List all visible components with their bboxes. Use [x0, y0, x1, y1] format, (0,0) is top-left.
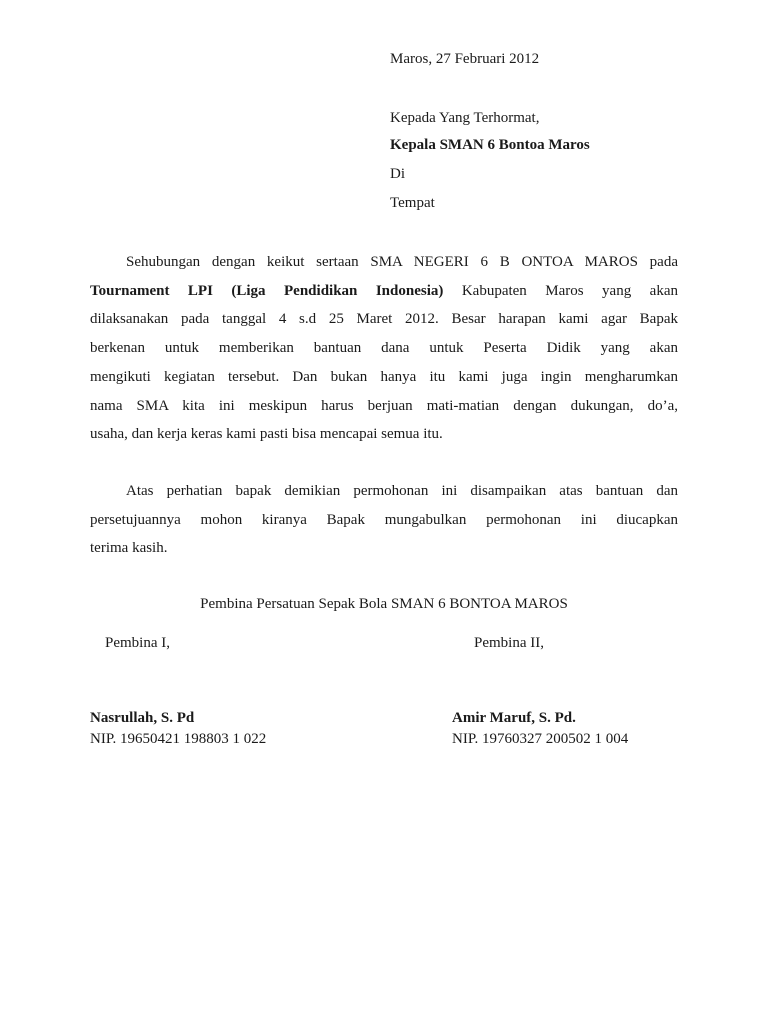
recipient-place: Tempat: [390, 195, 435, 212]
text: Kabupaten Maros yang akan: [443, 283, 678, 299]
paragraph-line: Tournament LPI (Liga Pendidikan Indonesi…: [90, 277, 678, 306]
text: dilaksanakan pada tanggal 4 s.d 25 Maret…: [90, 311, 678, 327]
paragraph-line: nama SMA kita ini meskipun harus berjuan…: [90, 392, 678, 421]
paragraph-line: Sehubungan dengan keikut sertaan SMA NEG…: [90, 248, 678, 277]
signatory-2-title: Pembina II,: [474, 635, 544, 652]
signatory-2-nip: NIP. 19760327 200502 1 004: [452, 731, 628, 748]
signatory-1-name: Nasrullah, S. Pd: [90, 710, 194, 727]
recipient-greeting: Kepada Yang Terhormat,: [390, 110, 539, 127]
letter-date: Maros, 27 Februari 2012: [390, 51, 539, 68]
paragraph-line: Atas perhatian bapak demikian permohonan…: [90, 477, 678, 506]
body-paragraph-1: Sehubungan dengan keikut sertaan SMA NEG…: [90, 248, 678, 449]
text: berkenan untuk memberikan bantuan dana u…: [90, 340, 678, 356]
bold-text: Tournament LPI (Liga Pendidikan Indonesi…: [90, 283, 443, 299]
text: nama SMA kita ini meskipun harus berjuan…: [90, 398, 678, 414]
text: Sehubungan dengan keikut sertaan SMA NEG…: [126, 254, 678, 270]
text: terima kasih.: [90, 540, 167, 556]
signatory-2-name: Amir Maruf, S. Pd.: [452, 710, 576, 727]
paragraph-line: persetujuannya mohon kiranya Bapak munga…: [90, 506, 678, 535]
paragraph-line: terima kasih.: [90, 534, 678, 563]
text: usaha, dan kerja keras kami pasti bisa m…: [90, 426, 443, 442]
text: mengikuti kegiatan tersebut. Dan bukan h…: [90, 369, 678, 385]
paragraph-line: mengikuti kegiatan tersebut. Dan bukan h…: [90, 363, 678, 392]
closing-organization: Pembina Persatuan Sepak Bola SMAN 6 BONT…: [0, 596, 768, 613]
signatory-1-nip: NIP. 19650421 198803 1 022: [90, 731, 266, 748]
recipient-name: Kepala SMAN 6 Bontoa Maros: [390, 137, 590, 154]
signatory-1-title: Pembina I,: [105, 635, 170, 652]
text: persetujuannya mohon kiranya Bapak munga…: [90, 512, 678, 528]
body-paragraph-2: Atas perhatian bapak demikian permohonan…: [90, 477, 678, 563]
text: Atas perhatian bapak demikian permohonan…: [126, 483, 678, 499]
paragraph-line: berkenan untuk memberikan bantuan dana u…: [90, 334, 678, 363]
paragraph-line: usaha, dan kerja keras kami pasti bisa m…: [90, 420, 678, 449]
paragraph-line: dilaksanakan pada tanggal 4 s.d 25 Maret…: [90, 305, 678, 334]
recipient-di: Di: [390, 166, 405, 183]
